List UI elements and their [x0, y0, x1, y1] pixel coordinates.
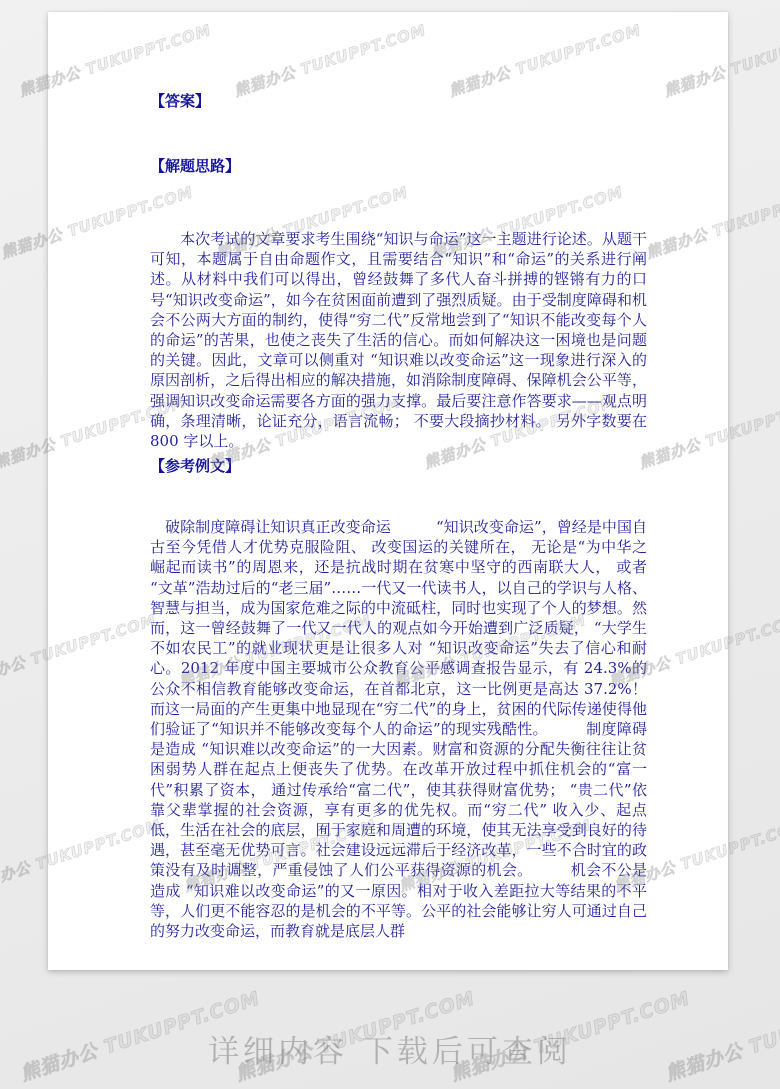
- paragraph-solution-analysis: 本次考试的文章要求考生围绕“知识与命运”这一主题进行论述。从题干可知，本题属于自…: [150, 229, 647, 451]
- paragraph-sample-essay: 破除制度障碍让知识真正改变命运 “知识改变命运”，曾经是中国自古至今凭借人才优势…: [150, 517, 647, 941]
- heading-sample-essay: 【参考例文】: [150, 456, 240, 476]
- preview-canvas: { "page": { "heading_answer": "【答案】", "h…: [0, 0, 780, 1089]
- heading-answer: 【答案】: [150, 91, 210, 111]
- heading-solution-analysis: 【解题思路】: [150, 156, 240, 176]
- document-page: 【答案】 【解题思路】 本次考试的文章要求考生围绕“知识与命运”这一主题进行论述…: [48, 12, 728, 970]
- footer-caption: 详细内容 下载后可查阅: [0, 1026, 780, 1071]
